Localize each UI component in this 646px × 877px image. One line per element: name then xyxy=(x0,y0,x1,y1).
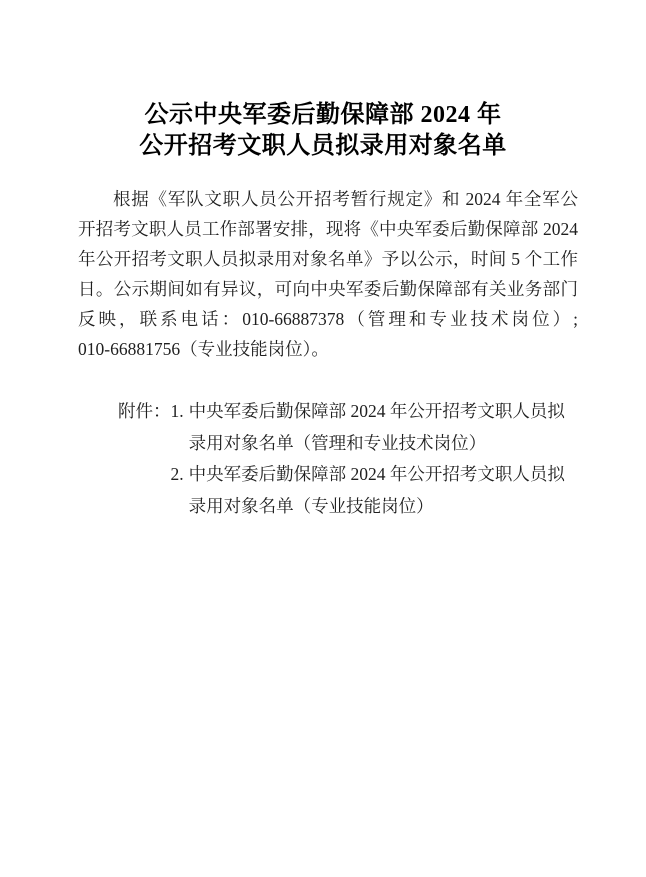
attachment-item-1: 1. 中央军委后勤保障部 2024 年公开招考文职人员拟录用对象名单（管理和专业… xyxy=(171,396,577,459)
paragraph-line-1: 根据《军队文职人员公开招考暂行规定》和 2024 年全军公 xyxy=(78,184,578,214)
document-title: 公示中央军委后勤保障部 2024 年 公开招考文职人员拟录用对象名单 xyxy=(0,100,646,162)
attachments-label: 附件： xyxy=(118,396,171,428)
paragraph-line-6: 010-66881756（专业技能岗位）。 xyxy=(78,334,578,364)
attachment-number-1: 1. xyxy=(171,396,184,428)
paragraph-line-3: 年公开招考文职人员拟录用对象名单》予以公示，时间 5 个工作 xyxy=(78,244,578,274)
attachment-number-2: 2. xyxy=(171,459,184,491)
attachment-item-2: 2. 中央军委后勤保障部 2024 年公开招考文职人员拟录用对象名单（专业技能岗… xyxy=(171,459,577,522)
attachment-title-1: 中央军委后勤保障部 2024 年公开招考文职人员拟录用对象名单（管理和专业技术岗… xyxy=(189,396,577,459)
attachment-list: 1. 中央军委后勤保障部 2024 年公开招考文职人员拟录用对象名单（管理和专业… xyxy=(171,396,577,522)
attachments-section: 附件： 1. 中央军委后勤保障部 2024 年公开招考文职人员拟录用对象名单（管… xyxy=(118,396,577,522)
body-paragraph: 根据《军队文职人员公开招考暂行规定》和 2024 年全军公 开招考文职人员工作部… xyxy=(78,184,578,364)
document-title-line-1: 公示中央军委后勤保障部 2024 年 xyxy=(0,100,646,131)
paragraph-line-2: 开招考文职人员工作部署安排，现将《中央军委后勤保障部 2024 xyxy=(78,214,578,244)
paragraph-line-5: 反映，联系电话：010-66887378（管理和专业技术岗位）; xyxy=(78,304,578,334)
document-title-line-2: 公开招考文职人员拟录用对象名单 xyxy=(0,131,646,162)
document-page: 公示中央军委后勤保障部 2024 年 公开招考文职人员拟录用对象名单 根据《军队… xyxy=(0,0,646,877)
paragraph-line-4: 日。公示期间如有异议，可向中央军委后勤保障部有关业务部门 xyxy=(78,274,578,304)
attachment-title-2: 中央军委后勤保障部 2024 年公开招考文职人员拟录用对象名单（专业技能岗位） xyxy=(189,459,577,522)
